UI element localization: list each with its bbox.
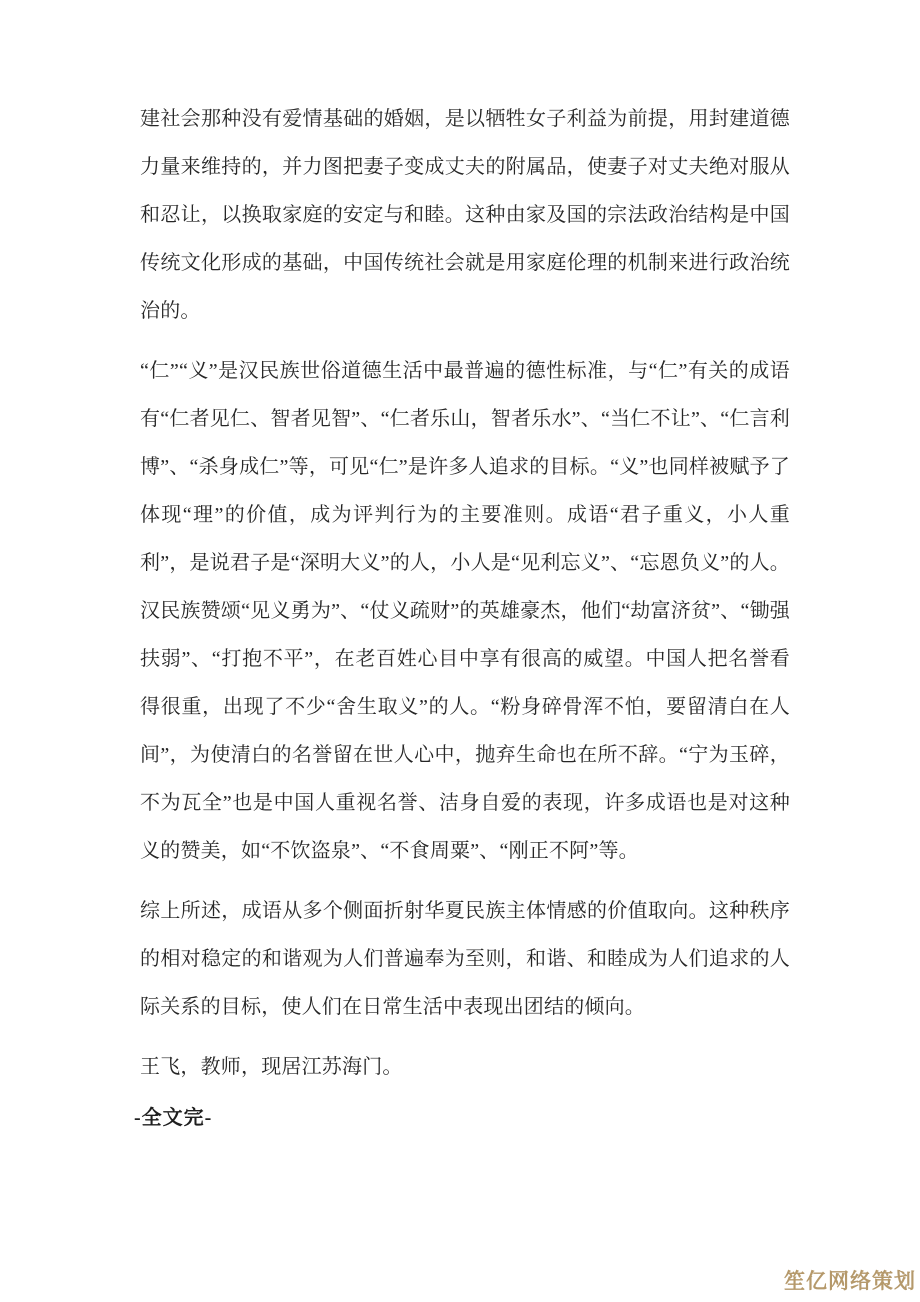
paragraph-3: 综上所述，成语从多个侧面折射华夏民族主体情感的价值取向。这种秩序的相对稳定的和谐… — [140, 887, 790, 1031]
watermark-logo: 笙亿网络策划 — [784, 1265, 916, 1295]
article-body: 建社会那种没有爱情基础的婚姻，是以牺牲女子利益为前提，用封建道德力量来维持的，并… — [140, 95, 790, 1091]
end-of-text-marker: -全文完- — [134, 1103, 212, 1133]
author-line: 王飞，教师，现居江苏海门。 — [140, 1043, 790, 1091]
paragraph-1: 建社会那种没有爱情基础的婚姻，是以牺牲女子利益为前提，用封建道德力量来维持的，并… — [140, 95, 790, 335]
document-page: 建社会那种没有爱情基础的婚姻，是以牺牲女子利益为前提，用封建道德力量来维持的，并… — [0, 0, 920, 1302]
paragraph-2: “仁”“义”是汉民族世俗道德生活中最普遍的德性标准，与“仁”有关的成语有“仁者见… — [140, 347, 790, 875]
